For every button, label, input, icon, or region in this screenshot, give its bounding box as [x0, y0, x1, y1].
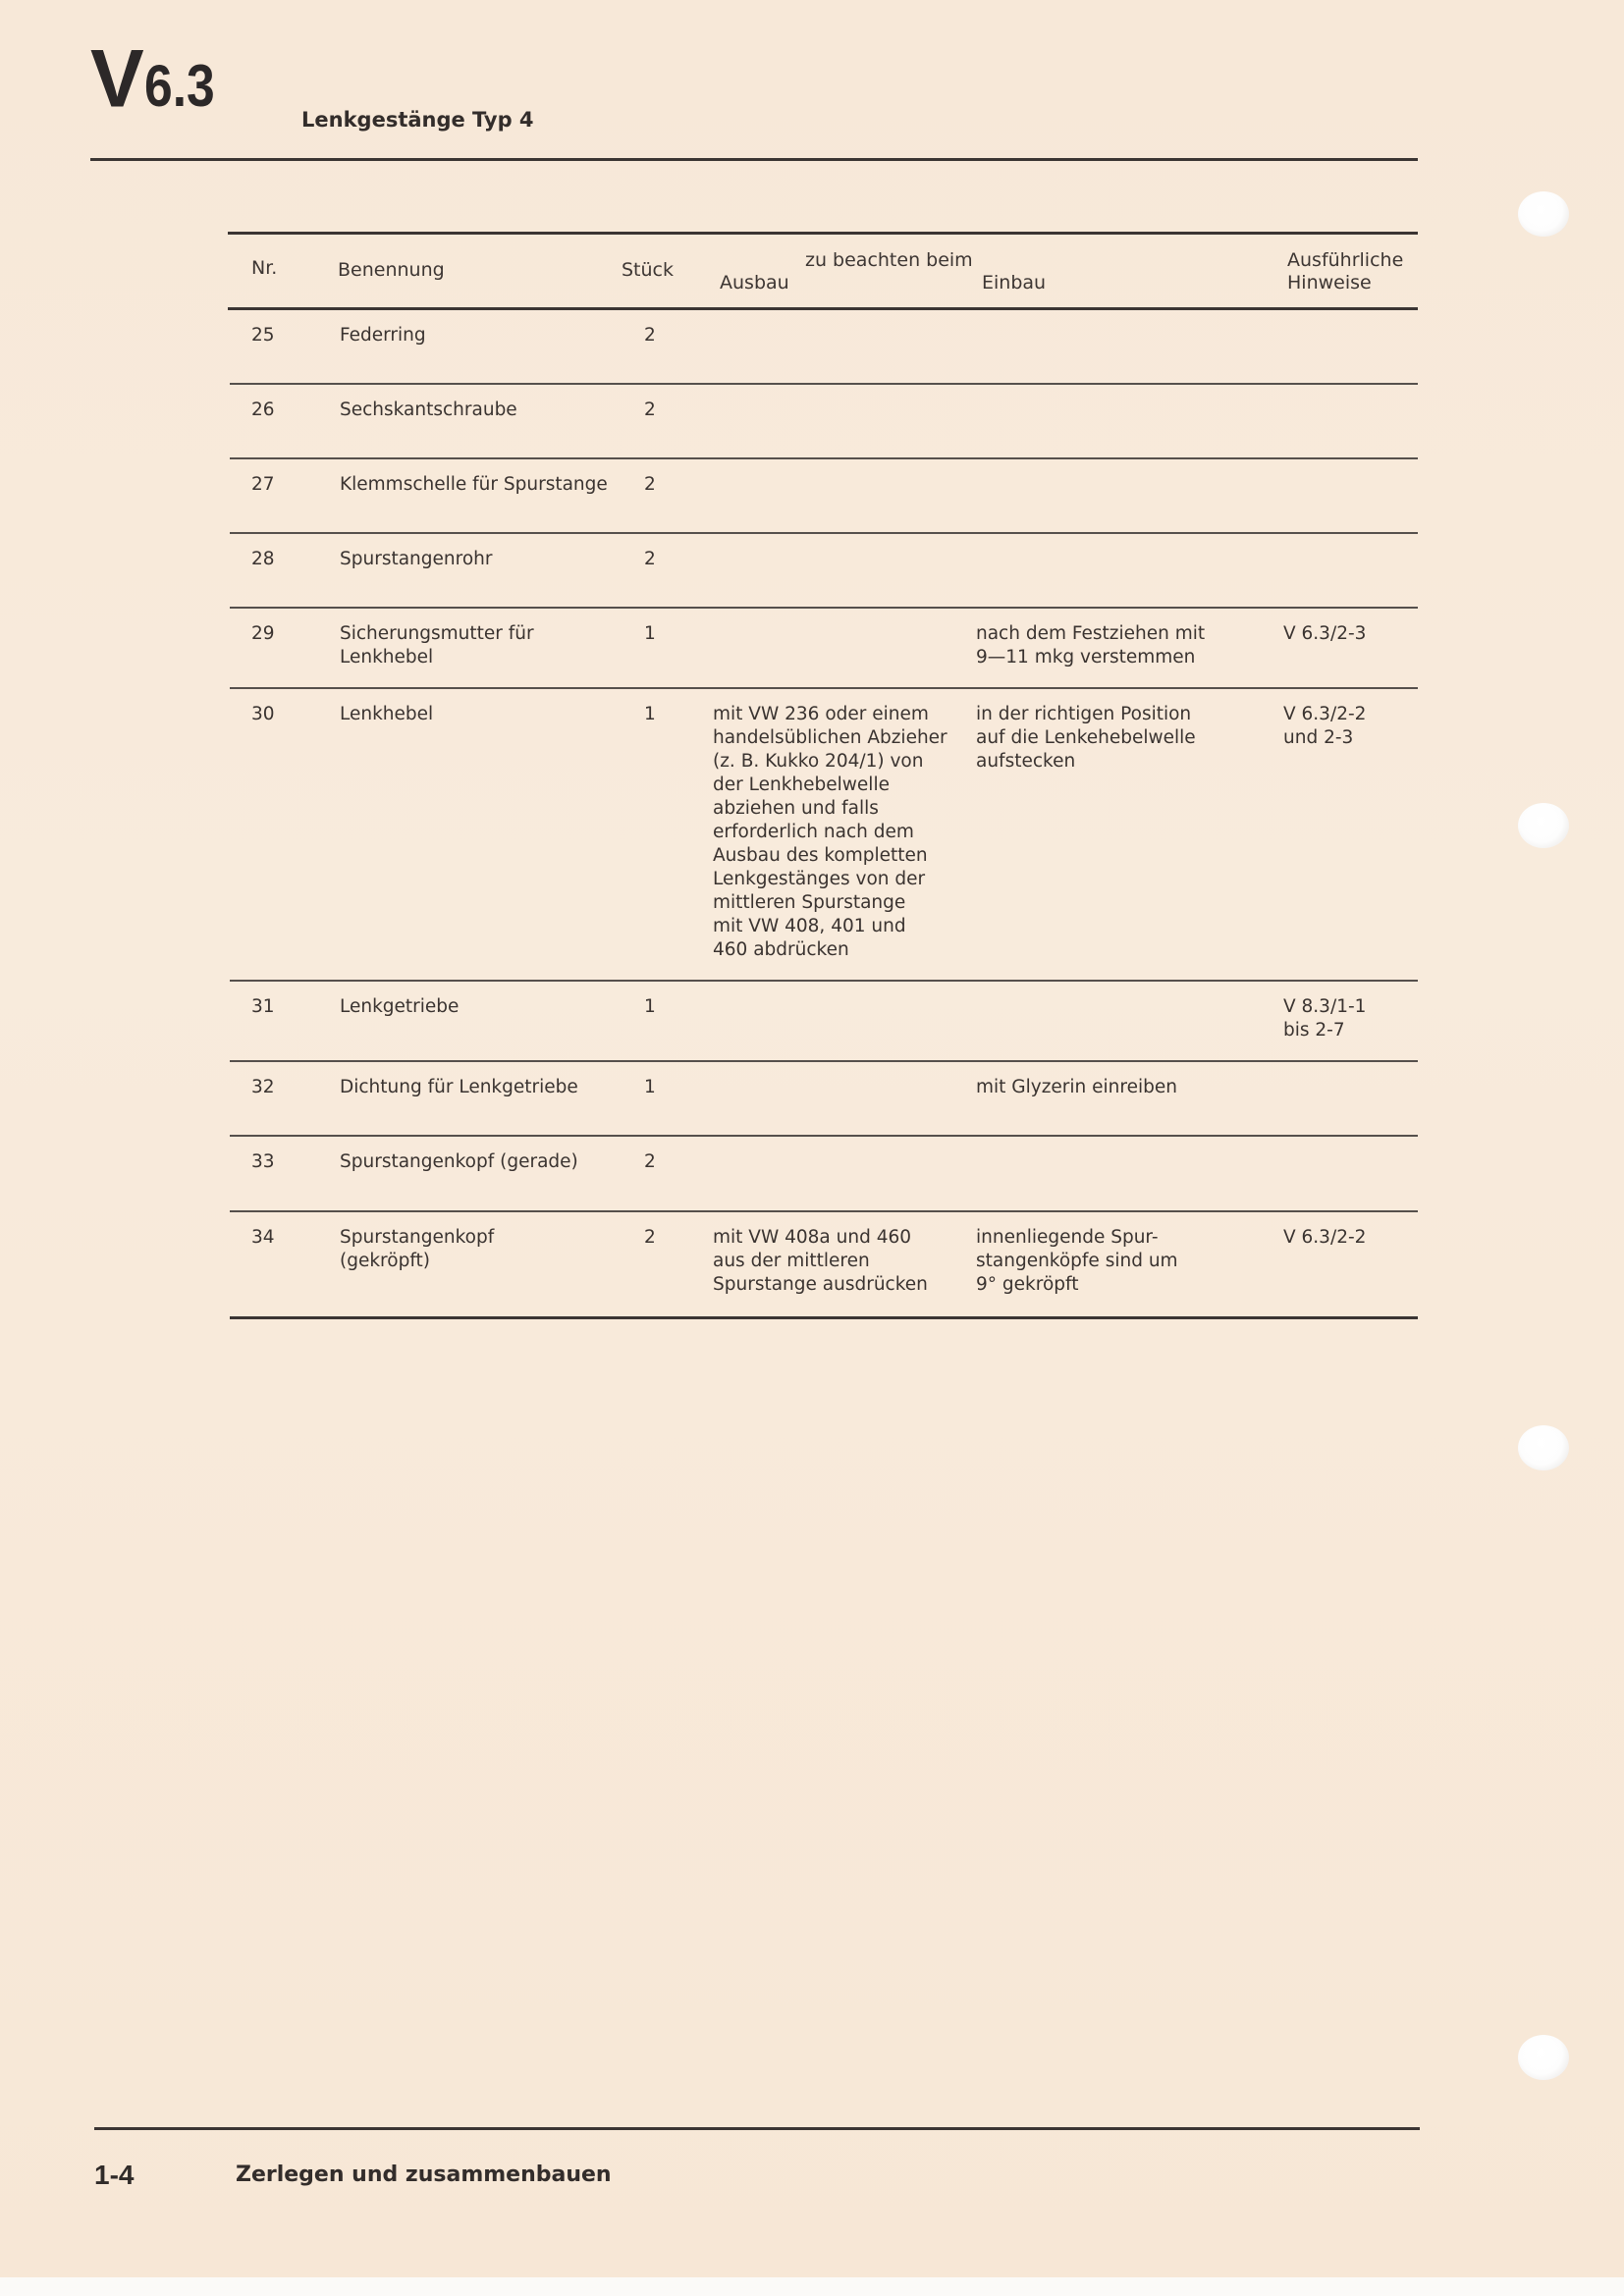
punch-hole — [1518, 1425, 1569, 1470]
col-header-einbau: Einbau — [982, 272, 1046, 294]
table-row: 33Spurstangenkopf (gerade)2 — [230, 1136, 1418, 1211]
part-quantity: 2 — [644, 1136, 713, 1211]
part-number: 33 — [230, 1136, 340, 1211]
table-row: 25Federring2 — [230, 310, 1418, 384]
section-letter: V — [90, 38, 142, 121]
installation-note — [976, 458, 1283, 533]
table-row: 29Sicherungsmutter für Lenkhebel1nach de… — [230, 608, 1418, 688]
part-number: 27 — [230, 458, 340, 533]
page-number: 1-4 — [94, 2160, 134, 2191]
removal-note: mit VW 408a und 460 aus der mittleren Sp… — [713, 1211, 976, 1317]
part-number: 26 — [230, 384, 340, 458]
reference: V 8.3/1-1 bis 2-7 — [1283, 981, 1418, 1061]
part-name: Klemmschelle für Spurstange — [340, 458, 644, 533]
part-number: 29 — [230, 608, 340, 688]
part-name: Spurstangenrohr — [340, 533, 644, 608]
header-rule — [90, 158, 1418, 161]
installation-note — [976, 981, 1283, 1061]
reference: V 6.3/2-2 — [1283, 1211, 1418, 1317]
table-row: 34Spurstangenkopf (gekröpft)2mit VW 408a… — [230, 1211, 1418, 1317]
section-code: V6.3 — [90, 39, 226, 120]
part-quantity: 2 — [644, 310, 713, 384]
col-header-hinweise: Ausführliche Hinweise — [1287, 249, 1403, 294]
part-number: 25 — [230, 310, 340, 384]
part-quantity: 1 — [644, 688, 713, 981]
reference — [1283, 533, 1418, 608]
table-row: 28Spurstangenrohr2 — [230, 533, 1418, 608]
removal-note — [713, 310, 976, 384]
part-name: Dichtung für Lenkgetriebe — [340, 1061, 644, 1136]
part-number: 34 — [230, 1211, 340, 1317]
removal-note — [713, 981, 976, 1061]
page-title: Lenkgestänge Typ 4 — [301, 108, 534, 132]
punch-hole — [1518, 803, 1569, 848]
part-number: 30 — [230, 688, 340, 981]
part-name: Lenkhebel — [340, 688, 644, 981]
table-row: 27Klemmschelle für Spurstange2 — [230, 458, 1418, 533]
removal-note — [713, 458, 976, 533]
part-name: Lenkgetriebe — [340, 981, 644, 1061]
table-top-rule — [228, 232, 1418, 235]
col-header-group: zu beachten beim — [805, 249, 973, 271]
table-row: 30Lenkhebel1mit VW 236 oder einem handel… — [230, 688, 1418, 981]
installation-note: nach dem Festziehen mit 9—11 mkg verstem… — [976, 608, 1283, 688]
installation-note — [976, 384, 1283, 458]
punch-hole — [1518, 2035, 1569, 2080]
col-header-nr: Nr. — [251, 257, 277, 279]
part-quantity: 1 — [644, 981, 713, 1061]
punch-hole — [1518, 191, 1569, 237]
reference: V 6.3/2-3 — [1283, 608, 1418, 688]
part-quantity: 1 — [644, 608, 713, 688]
table-row: 26Sechskantschraube2 — [230, 384, 1418, 458]
footer-title: Zerlegen und zusammenbauen — [236, 2163, 612, 2187]
reference — [1283, 384, 1418, 458]
removal-note — [713, 1061, 976, 1136]
reference: V 6.3/2-2 und 2-3 — [1283, 688, 1418, 981]
removal-note — [713, 608, 976, 688]
section-number: 6.3 — [144, 57, 215, 116]
reference — [1283, 1136, 1418, 1211]
part-quantity: 2 — [644, 384, 713, 458]
installation-note — [976, 1136, 1283, 1211]
installation-note: in der richtigen Position auf die Lenkeh… — [976, 688, 1283, 981]
table-row: 31Lenkgetriebe1V 8.3/1-1 bis 2-7 — [230, 981, 1418, 1061]
col-header-ausbau: Ausbau — [720, 272, 789, 294]
part-name: Sechskantschraube — [340, 384, 644, 458]
reference — [1283, 1061, 1418, 1136]
part-number: 28 — [230, 533, 340, 608]
page-edge — [0, 2277, 1624, 2296]
part-number: 32 — [230, 1061, 340, 1136]
part-quantity: 1 — [644, 1061, 713, 1136]
removal-note: mit VW 236 oder einem handelsüblichen Ab… — [713, 688, 976, 981]
table-row: 32Dichtung für Lenkgetriebe1mit Glyzerin… — [230, 1061, 1418, 1136]
col-header-name: Benennung — [338, 259, 445, 281]
part-name: Spurstangenkopf (gekröpft) — [340, 1211, 644, 1317]
part-number: 31 — [230, 981, 340, 1061]
removal-note — [713, 533, 976, 608]
part-name: Federring — [340, 310, 644, 384]
part-quantity: 2 — [644, 1211, 713, 1317]
installation-note: innenliegende Spur- stangenköpfe sind um… — [976, 1211, 1283, 1317]
installation-note — [976, 310, 1283, 384]
installation-note — [976, 533, 1283, 608]
col-header-qty: Stück — [622, 259, 674, 281]
reference — [1283, 458, 1418, 533]
part-name: Spurstangenkopf (gerade) — [340, 1136, 644, 1211]
part-name: Sicherungsmutter für Lenkhebel — [340, 608, 644, 688]
part-quantity: 2 — [644, 533, 713, 608]
installation-note: mit Glyzerin einreiben — [976, 1061, 1283, 1136]
reference — [1283, 310, 1418, 384]
footer-rule — [94, 2127, 1420, 2130]
parts-table: 25Federring226Sechskantschraube227Klemms… — [230, 310, 1418, 1319]
removal-note — [713, 384, 976, 458]
removal-note — [713, 1136, 976, 1211]
part-quantity: 2 — [644, 458, 713, 533]
